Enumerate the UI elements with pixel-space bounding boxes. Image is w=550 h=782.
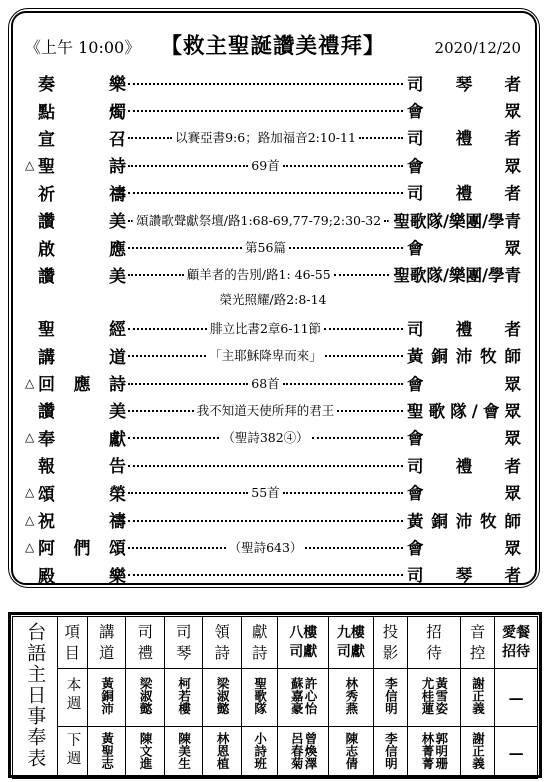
leader-dots	[128, 328, 207, 330]
program-row: 奏樂司琴者	[25, 69, 521, 96]
leader-line	[128, 519, 403, 521]
roster-names: 陳美生	[177, 732, 191, 770]
name-entry: 曾煥澤	[303, 732, 317, 770]
program-row: 讚美顧羊者的告別/路1: 46-55聖歌隊/樂團/學青	[25, 261, 521, 288]
roster-names: 郭明珊林菁菁	[420, 732, 448, 770]
leader-dots	[334, 274, 390, 276]
program-assignee: 會眾	[407, 235, 521, 259]
roster-side-label: 台語主日事奉表	[25, 622, 44, 769]
roster-names: 陳文進	[138, 732, 152, 770]
roster-names: 黃雪姿尤桂蓮	[420, 677, 448, 715]
leader-dots	[128, 492, 248, 494]
name-entry: 小詩班	[253, 732, 267, 770]
roster-header-label: 項目	[65, 622, 81, 664]
roster-header-label: 音控	[470, 622, 486, 664]
name-entry: 聖歌隊	[253, 677, 267, 715]
program-item-label: 阿們頌	[38, 534, 126, 559]
leader-dots	[128, 137, 172, 139]
name-entry: 林秀燕	[344, 677, 358, 715]
program-row: △奉獻（聖詩382④）會眾	[25, 424, 521, 451]
program-item-label: 祈禱	[38, 180, 126, 205]
duty-roster: 台語主日事奉表項目講道司禮司琴領詩獻詩八樓司獻九樓司獻投影招待音控愛餐招待本週黃…	[8, 612, 542, 778]
name-entry: 梁淑懿	[215, 677, 229, 715]
worship-program-card: 《上午 10:00》 【救主聖誕讚美禮拜】 2020/12/20 奏樂司琴者點燭…	[8, 8, 540, 588]
roster-header-cell: 音控	[460, 617, 494, 669]
roster-header-cell: 招待	[408, 617, 461, 669]
program-note: 第56篇	[242, 238, 289, 256]
name-entry: 呂春菊	[290, 732, 304, 770]
program-item-label: 奏樂	[38, 70, 126, 95]
leader-line: 頌讚歌聲獻祭壇/路1:68-69,77-79;2:30-32	[128, 211, 389, 229]
program-note: 腓立比書2章6-11節	[207, 319, 324, 337]
program-row: 讚美我不知道天使所拜的君王聖歌隊/會眾	[25, 396, 521, 423]
roster-name-cell: 林秀燕	[329, 669, 374, 727]
leader-line: 顧羊者的告別/路1: 46-55	[128, 265, 389, 283]
program-note: 68首	[248, 374, 282, 392]
program-item-label: 祝禱	[38, 507, 126, 532]
program-note: 「主耶穌降卑而來」	[206, 346, 325, 364]
roster-names: 梁淑懿	[215, 677, 229, 715]
program-item-prefix: △	[25, 486, 38, 498]
program-row: 宣召以賽亞書9:6；路加福音2:10-11司禮者	[25, 124, 521, 151]
roster-name-cell: 梁淑懿	[203, 669, 242, 727]
roster-names: 柯若樓	[177, 677, 191, 715]
name-entry: 郭明珊	[434, 732, 448, 770]
program-note: 頌讚歌聲獻祭壇/路1:68-69,77-79;2:30-32	[133, 211, 384, 229]
name-entry: 林菁菁	[420, 732, 434, 770]
roster-header-cell: 領詩	[203, 617, 242, 669]
leader-dots	[128, 220, 133, 222]
roster-dash: —	[509, 689, 524, 707]
leader-line	[128, 109, 403, 111]
program-assignee: 司禮者	[407, 316, 521, 340]
leader-line	[128, 464, 403, 466]
leader-line	[128, 191, 403, 193]
program-row: 講道「主耶穌降卑而來」黃銅沛牧師	[25, 342, 521, 369]
leader-dots	[128, 192, 403, 194]
program-item-label: 讚美	[38, 262, 126, 287]
worship-program-inner: 《上午 10:00》 【救主聖誕讚美禮拜】 2020/12/20 奏樂司琴者點燭…	[11, 11, 537, 585]
roster-header-cell: 獻詩	[241, 617, 277, 669]
roster-names: 小詩班	[253, 732, 267, 770]
leader-line: 腓立比書2章6-11節	[128, 319, 403, 337]
leader-dots	[128, 165, 248, 167]
roster-header-label: 招待	[426, 622, 442, 664]
name-entry: 陳美生	[177, 732, 191, 770]
leader-line: （聖詩382④）	[128, 428, 403, 446]
leader-dots	[283, 165, 403, 167]
roster-name-cell: 黃聖志	[87, 727, 126, 779]
program-note: 69首	[248, 156, 282, 174]
name-entry: 李信明	[384, 732, 398, 770]
leader-line: 68首	[128, 374, 403, 392]
roster-header-cell: 司琴	[164, 617, 203, 669]
roster-header-label: 講道	[99, 622, 115, 664]
program-item-label: 報告	[38, 452, 126, 477]
program-assignee: 聖歌隊/會眾	[407, 398, 521, 422]
program-note: 55首	[248, 483, 282, 501]
roster-names: 林恩植	[215, 732, 229, 770]
name-entry: 林恩植	[215, 732, 229, 770]
roster-name-cell: 黃銅沛	[87, 669, 126, 727]
program-row: 點燭會眾	[25, 96, 521, 123]
leader-dots	[128, 437, 219, 439]
name-entry: 許心怡	[303, 677, 317, 715]
roster-row-label-cell: 下週	[57, 727, 87, 779]
program-assignee: 司禮者	[407, 453, 521, 477]
roster-name-cell: 謝正義	[460, 669, 494, 727]
name-entry: 柯若樓	[177, 677, 191, 715]
roster-name-cell: 陳志倩	[329, 727, 374, 779]
program-item-prefix: △	[25, 514, 38, 526]
name-entry: 黃銅沛	[100, 677, 114, 715]
roster-names: 謝正義	[471, 732, 485, 770]
leader-dots	[312, 437, 403, 439]
program-item-label: 講道	[38, 343, 126, 368]
leader-dots	[128, 574, 403, 576]
program-note: 以賽亞書9:6；路加福音2:10-11	[172, 128, 359, 146]
roster-name-cell: 小詩班	[241, 727, 277, 779]
roster-names: 梁淑懿	[138, 677, 152, 715]
program-assignee: 會眾	[407, 535, 521, 559]
service-title: 【救主聖誕讚美禮拜】	[161, 29, 386, 60]
leader-line: （聖詩643）	[128, 538, 403, 556]
leader-line: 以賽亞書9:6；路加福音2:10-11	[128, 128, 403, 146]
leader-dots	[305, 547, 403, 549]
program-item-label: 聖經	[38, 315, 126, 340]
name-entry: 尤桂蓮	[420, 677, 434, 715]
leader-dots	[337, 410, 403, 412]
program-note-continuation: 榮光照耀/路2:8-14	[25, 288, 521, 314]
program-assignee: 司禮者	[407, 180, 521, 204]
program-note: （聖詩643）	[226, 538, 306, 556]
roster-header-cell: 項目	[57, 617, 87, 669]
roster-header-cell: 八樓司獻	[278, 617, 329, 669]
leader-dots	[128, 410, 194, 412]
program-assignee: 司禮者	[407, 125, 521, 149]
leader-line: 55首	[128, 483, 403, 501]
program-row: 報告司禮者	[25, 451, 521, 478]
roster-side-label-cell: 台語主日事奉表	[13, 617, 58, 779]
roster-row-label-cell: 本週	[57, 669, 87, 727]
leader-line: 69首	[128, 156, 403, 174]
program-row: △聖詩69首會眾	[25, 151, 521, 178]
leader-dots	[128, 547, 226, 549]
roster-name-cell: 梁淑懿	[126, 669, 165, 727]
name-entry: 黃聖志	[100, 732, 114, 770]
roster-names: 聖歌隊	[253, 677, 267, 715]
leader-line	[128, 82, 403, 84]
program-item-label: 點燭	[38, 98, 126, 123]
roster-name-cell: 郭明珊林菁菁	[408, 727, 461, 779]
program-note: （聖詩382④）	[219, 428, 311, 446]
leader-line	[128, 573, 403, 575]
roster-name-cell: 李信明	[373, 669, 407, 727]
roster-header-label: 九樓司獻	[336, 624, 365, 660]
name-entry: 黃雪姿	[434, 677, 448, 715]
leader-dots	[324, 328, 403, 330]
program-row: 讚美頌讚歌聲獻祭壇/路1:68-69,77-79;2:30-32聖歌隊/樂團/學…	[25, 206, 521, 233]
leader-dots	[128, 83, 403, 85]
roster-name-cell: —	[495, 669, 538, 727]
roster-name-cell: 聖歌隊	[241, 669, 277, 727]
roster-name-cell: 陳文進	[126, 727, 165, 779]
name-entry: 梁淑懿	[138, 677, 152, 715]
leader-dots	[359, 137, 403, 139]
roster-names: 黃銅沛	[100, 677, 114, 715]
leader-dots	[128, 274, 184, 276]
roster-header-label: 領詩	[214, 622, 230, 664]
leader-line: 我不知道天使所拜的君王	[128, 401, 403, 419]
program-assignee: 聖歌隊/樂團/學青	[393, 262, 521, 286]
leader-dots	[128, 520, 403, 522]
program-assignee: 聖歌隊/樂團/學青	[393, 208, 521, 232]
program-item-label: 啟應	[38, 235, 126, 260]
page: { "header": { "time": "《上午 10:00》", "tit…	[0, 0, 550, 782]
roster-names: 李信明	[384, 732, 398, 770]
program-row: 殿樂司琴者	[25, 561, 521, 585]
roster-name-cell: 陳美生	[164, 727, 203, 779]
program-item-label: 讚美	[38, 397, 126, 422]
leader-dots	[128, 465, 403, 467]
leader-dots	[283, 492, 403, 494]
roster-header-label: 八樓司獻	[289, 624, 318, 660]
leader-line: 「主耶穌降卑而來」	[128, 346, 403, 364]
roster-names: 謝正義	[471, 677, 485, 715]
program-assignee: 會眾	[407, 371, 521, 395]
roster-header-cell: 投影	[373, 617, 407, 669]
leader-dots	[128, 355, 206, 357]
roster-name-cell: 李信明	[373, 727, 407, 779]
program-item-label: 奉獻	[38, 425, 126, 450]
leader-dots	[128, 110, 403, 112]
program-row: 啟應第56篇會眾	[25, 233, 521, 260]
program-item-label: 聖詩	[38, 152, 126, 177]
roster-header-label: 司禮	[137, 622, 153, 664]
roster-names: 黃聖志	[100, 732, 114, 770]
roster-name-cell: 許心怡蘇嘉豪	[278, 669, 329, 727]
roster-names: 林秀燕	[344, 677, 358, 715]
roster-name-cell: 曾煥澤呂春菊	[278, 727, 329, 779]
roster-header-label: 愛餐招待	[501, 624, 530, 660]
program-row: △回應詩68首會眾	[25, 369, 521, 396]
program-assignee: 會眾	[407, 153, 521, 177]
roster-name-cell: —	[495, 727, 538, 779]
leader-dots	[128, 247, 242, 249]
name-entry: 陳志倩	[344, 732, 358, 770]
roster-header-label: 獻詩	[252, 622, 268, 664]
program-row: △阿們頌（聖詩643）會眾	[25, 533, 521, 560]
name-entry: 謝正義	[471, 677, 485, 715]
program-note: 顧羊者的告別/路1: 46-55	[184, 265, 334, 283]
name-entry: 陳文進	[138, 732, 152, 770]
program-list: 奏樂司琴者點燭會眾宣召以賽亞書9:6；路加福音2:10-11司禮者△聖詩69首會…	[25, 69, 521, 585]
leader-dots	[128, 383, 248, 385]
roster-name-cell: 謝正義	[460, 727, 494, 779]
roster-header-label: 司琴	[176, 622, 192, 664]
program-assignee: 司琴者	[407, 71, 521, 95]
leader-dots	[325, 355, 403, 357]
roster-name-cell: 柯若樓	[164, 669, 203, 727]
program-note: 我不知道天使所拜的君王	[194, 401, 338, 419]
roster-header-cell: 愛餐招待	[495, 617, 538, 669]
leader-dots	[283, 383, 403, 385]
program-row: 聖經腓立比書2章6-11節司禮者	[25, 314, 521, 341]
program-item-prefix: △	[25, 541, 38, 553]
program-assignee: 司琴者	[407, 562, 521, 585]
program-row: △頌榮55首會眾	[25, 478, 521, 505]
name-entry: 蘇嘉豪	[290, 677, 304, 715]
program-assignee: 會眾	[407, 98, 521, 122]
program-item-label: 宣召	[38, 125, 126, 150]
leader-dots	[289, 247, 403, 249]
leader-line: 第56篇	[128, 238, 403, 256]
roster-header-label: 投影	[383, 622, 399, 664]
roster-row-label: 下週	[65, 732, 80, 769]
roster-header-cell: 司禮	[126, 617, 165, 669]
roster-row-label: 本週	[65, 677, 80, 714]
program-assignee: 黃銅沛牧師	[407, 508, 521, 532]
name-entry: 謝正義	[471, 732, 485, 770]
roster-header-cell: 九樓司獻	[329, 617, 374, 669]
program-item-prefix: △	[25, 431, 38, 443]
name-entry: 李信明	[384, 677, 398, 715]
roster-names: 陳志倩	[344, 732, 358, 770]
roster-names: 李信明	[384, 677, 398, 715]
roster-header-cell: 講道	[87, 617, 126, 669]
program-row: 祈禱司禮者	[25, 179, 521, 206]
program-item-prefix: △	[25, 159, 38, 171]
roster-dash: —	[509, 744, 524, 762]
program-item-label: 回應詩	[38, 370, 126, 395]
leader-dots	[384, 220, 389, 222]
roster-name-cell: 林恩植	[203, 727, 242, 779]
program-assignee: 會眾	[407, 480, 521, 504]
roster-names: 許心怡蘇嘉豪	[290, 677, 318, 715]
program-item-prefix: △	[25, 377, 38, 389]
duty-roster-table: 台語主日事奉表項目講道司禮司琴領詩獻詩八樓司獻九樓司獻投影招待音控愛餐招待本週黃…	[12, 616, 538, 779]
program-item-label: 讚美	[38, 207, 126, 232]
service-time: 《上午 10:00》	[25, 35, 161, 58]
service-date: 2020/12/20	[386, 39, 522, 57]
program-row: △祝禱黃銅沛牧師	[25, 506, 521, 533]
program-assignee: 黃銅沛牧師	[407, 343, 521, 367]
program-item-label: 殿樂	[38, 562, 126, 585]
roster-name-cell: 黃雪姿尤桂蓮	[408, 669, 461, 727]
roster-names: 曾煥澤呂春菊	[290, 732, 318, 770]
program-item-label: 頌榮	[38, 480, 126, 505]
program-assignee: 會眾	[407, 425, 521, 449]
program-header: 《上午 10:00》 【救主聖誕讚美禮拜】 2020/12/20	[25, 29, 521, 60]
